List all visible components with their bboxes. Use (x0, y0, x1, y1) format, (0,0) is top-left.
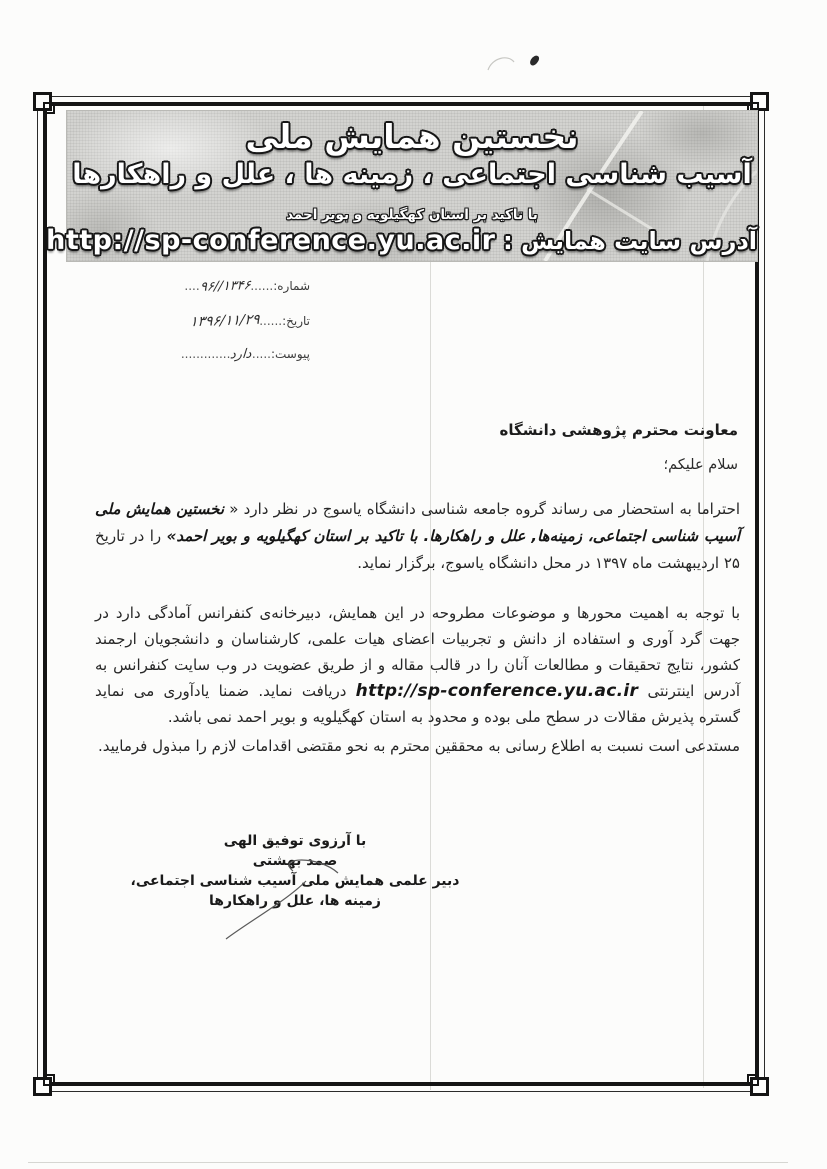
conference-letterhead-banner: نخستین همایش ملی آسیب شناسی اجتماعی ، زم… (66, 110, 758, 262)
recipient-line: معاونت محترم پژوهشی دانشگاه (499, 421, 738, 439)
attachment-value: دارد (230, 347, 253, 363)
number-label: شماره: (273, 279, 310, 293)
handwritten-signature-stroke (180, 845, 360, 950)
letter-attachment-row: پیوست:.....دارد............. (145, 347, 310, 362)
banner-title: نخستین همایش ملی (67, 117, 757, 156)
scanned-letter-page: نخستین همایش ملی آسیب شناسی اجتماعی ، زم… (0, 0, 827, 1169)
letter-date-row: تاریخ:......۱۳۹۶/۱۱/۲۹ (145, 313, 310, 329)
date-value: ۱۳۹۶/۱۱/۲۹ (189, 312, 260, 330)
number-value: ۹۶//۱۳۴۶ (199, 278, 251, 295)
paragraph-invitation: با توجه به اهمیت محورها و موضوعات مطروحه… (95, 600, 740, 730)
letter-number-row: شماره:......۹۶//۱۳۴۶.... (145, 279, 310, 294)
banner-emphasis-line: با تاکید بر استان کهگیلویه و بویر احمد (67, 207, 757, 223)
corner-ornament-bottom-right (741, 1068, 769, 1096)
conference-site-url: http://sp-conference.yu.ac.ir (46, 225, 495, 256)
inline-site-url: http://sp-conference.yu.ac.ir (356, 681, 639, 701)
corner-ornament-top-left (33, 92, 61, 120)
banner-subtitle: آسیب شناسی اجتماعی ، زمینه ها ، علل و را… (67, 159, 757, 190)
paragraph-announcement: احتراما به استحضار می رساند گروه جامعه ش… (95, 496, 740, 577)
attachment-label: پیوست: (271, 347, 310, 361)
paragraph-intro-text: احتراما به استحضار می رساند گروه جامعه ش… (224, 500, 740, 518)
ink-blot-artifact (529, 54, 541, 67)
salutation-line: سلام علیکم؛ (664, 457, 738, 473)
paragraph-request: مستدعی است نسبت به اطلاع رسانی به محققین… (95, 733, 740, 759)
date-label: تاریخ: (282, 314, 310, 328)
site-address-label: آدرس سایت همایش : (503, 227, 757, 255)
corner-ornament-bottom-left (33, 1068, 61, 1096)
scan-edge-line (28, 1162, 788, 1163)
banner-site-line: آدرس سایت همایش : http://sp-conference.y… (67, 225, 757, 256)
pencil-mark-artifact (484, 48, 524, 78)
